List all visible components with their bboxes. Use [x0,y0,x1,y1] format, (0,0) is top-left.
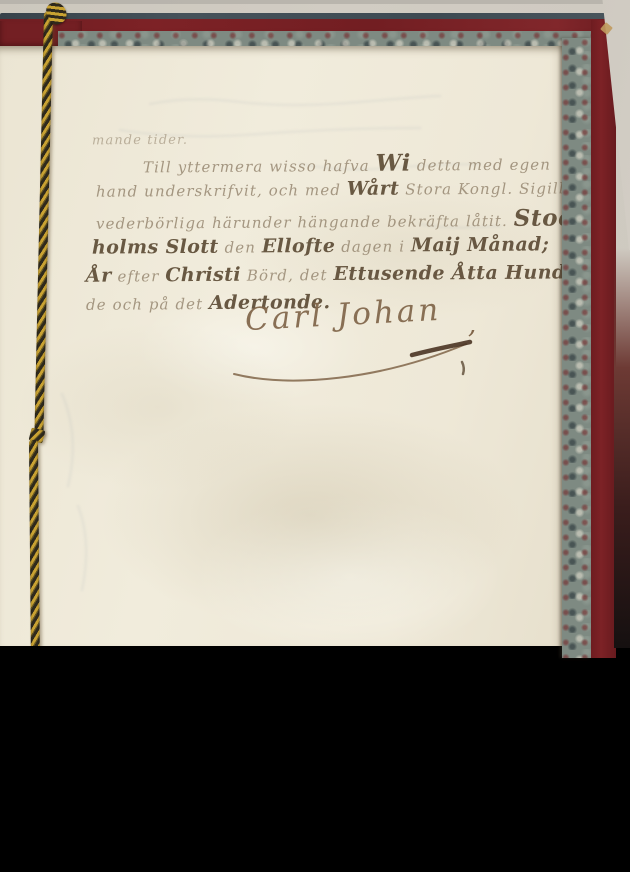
handwritten-text: Till yttermera wisso hafva [143,157,376,177]
manuscript-line: År efter Christi Börd, det Ettusende Ått… [86,261,589,287]
handwritten-text: vederbörliga härunder hängande bekräfta … [96,212,514,233]
blackletter-word: Ellofte [262,235,336,258]
handwritten-text: Stora Kongl. Sigills [399,179,573,198]
handwritten-text: dagen i [335,237,411,256]
manuscript-line: mande tider. [92,129,188,149]
scanner-background-edge [0,0,630,4]
blackletter-word: Wårt [347,178,400,200]
right-edge-shadow [614,248,630,648]
manuscript-line: holms Slott den Ellofte dagen i Maij Mån… [92,233,549,258]
blackletter-word: Wi [376,150,412,177]
handwritten-text: hand underskrifvit, och med [96,181,347,201]
handwritten-text: detta med egen [411,156,551,175]
handwritten-text: efter [112,267,166,285]
handwritten-text: de och på det [86,295,209,314]
scanned-document-photo: mande tider. Till yttermera wisso hafva … [0,0,630,872]
blackletter-word: Maij Månad; [411,233,549,256]
blackletter-word: holms Slott [92,236,219,259]
blackletter-word: År [86,265,112,287]
manuscript-line: hand underskrifvit, och med Wårt Stora K… [96,176,574,201]
signature-flourish [230,334,482,382]
handwritten-text: mande tider. [92,133,188,149]
blackletter-word: Christi [165,264,241,287]
manuscript-line: vederbörliga härunder hängande bekräfta … [96,204,609,235]
leather-binding-right [591,20,616,658]
manuscript-line: Till yttermera wisso hafva Wi detta med … [143,149,551,179]
scan-void-bottom [0,646,630,872]
handwritten-text: den [219,238,262,256]
handwritten-text: Börd, det [241,266,334,285]
binding-cord-lower [29,440,40,652]
marbled-endpaper-right [562,38,592,658]
blackletter-word: Ettusende Åtta Hundra [333,261,588,285]
